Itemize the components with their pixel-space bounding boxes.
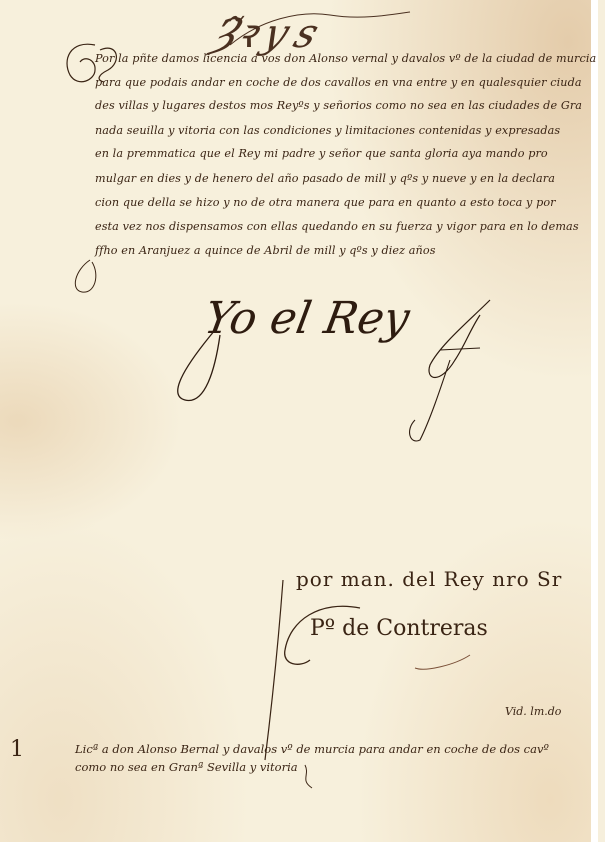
body-line: nada seuilla y vitoria con las condicion…: [95, 124, 560, 137]
summary-line: Licª a don Alonso Bernal y davalos vº de…: [75, 742, 549, 756]
body-line: mulgar en dies y de henero del año pasad…: [95, 172, 555, 185]
body-line: esta vez nos dispensamos con ellas queda…: [95, 220, 579, 233]
body-line: ffho en Aranjuez a quince de Abril de mi…: [95, 244, 436, 257]
manuscript-page: Ȝ̃ꝛ y s Por Por la pñte damos licencia a…: [0, 0, 598, 842]
body-line: des villas y lugares destos mos Reyºs y …: [95, 99, 582, 112]
body-line: para que podais andar en coche de dos ca…: [95, 76, 582, 89]
registry-note: Vid. lm.do: [505, 705, 561, 718]
body-line: Por la pñte damos licencia a vos don Alo…: [95, 52, 596, 65]
summary-line: como no sea en Granª Sevilla y vitoria: [75, 760, 298, 774]
body-line: cion que della se hizo y no de otra mane…: [95, 196, 556, 209]
secretary-signature: Pº de Contreras: [310, 616, 488, 641]
body-line: en la premmatica que el Rey mi padre y s…: [95, 147, 548, 160]
attestation-line: por man. del Rey nro Sr: [296, 567, 562, 591]
summary-number: 1: [10, 737, 24, 762]
king-signature: Yo el Rey: [201, 293, 414, 344]
